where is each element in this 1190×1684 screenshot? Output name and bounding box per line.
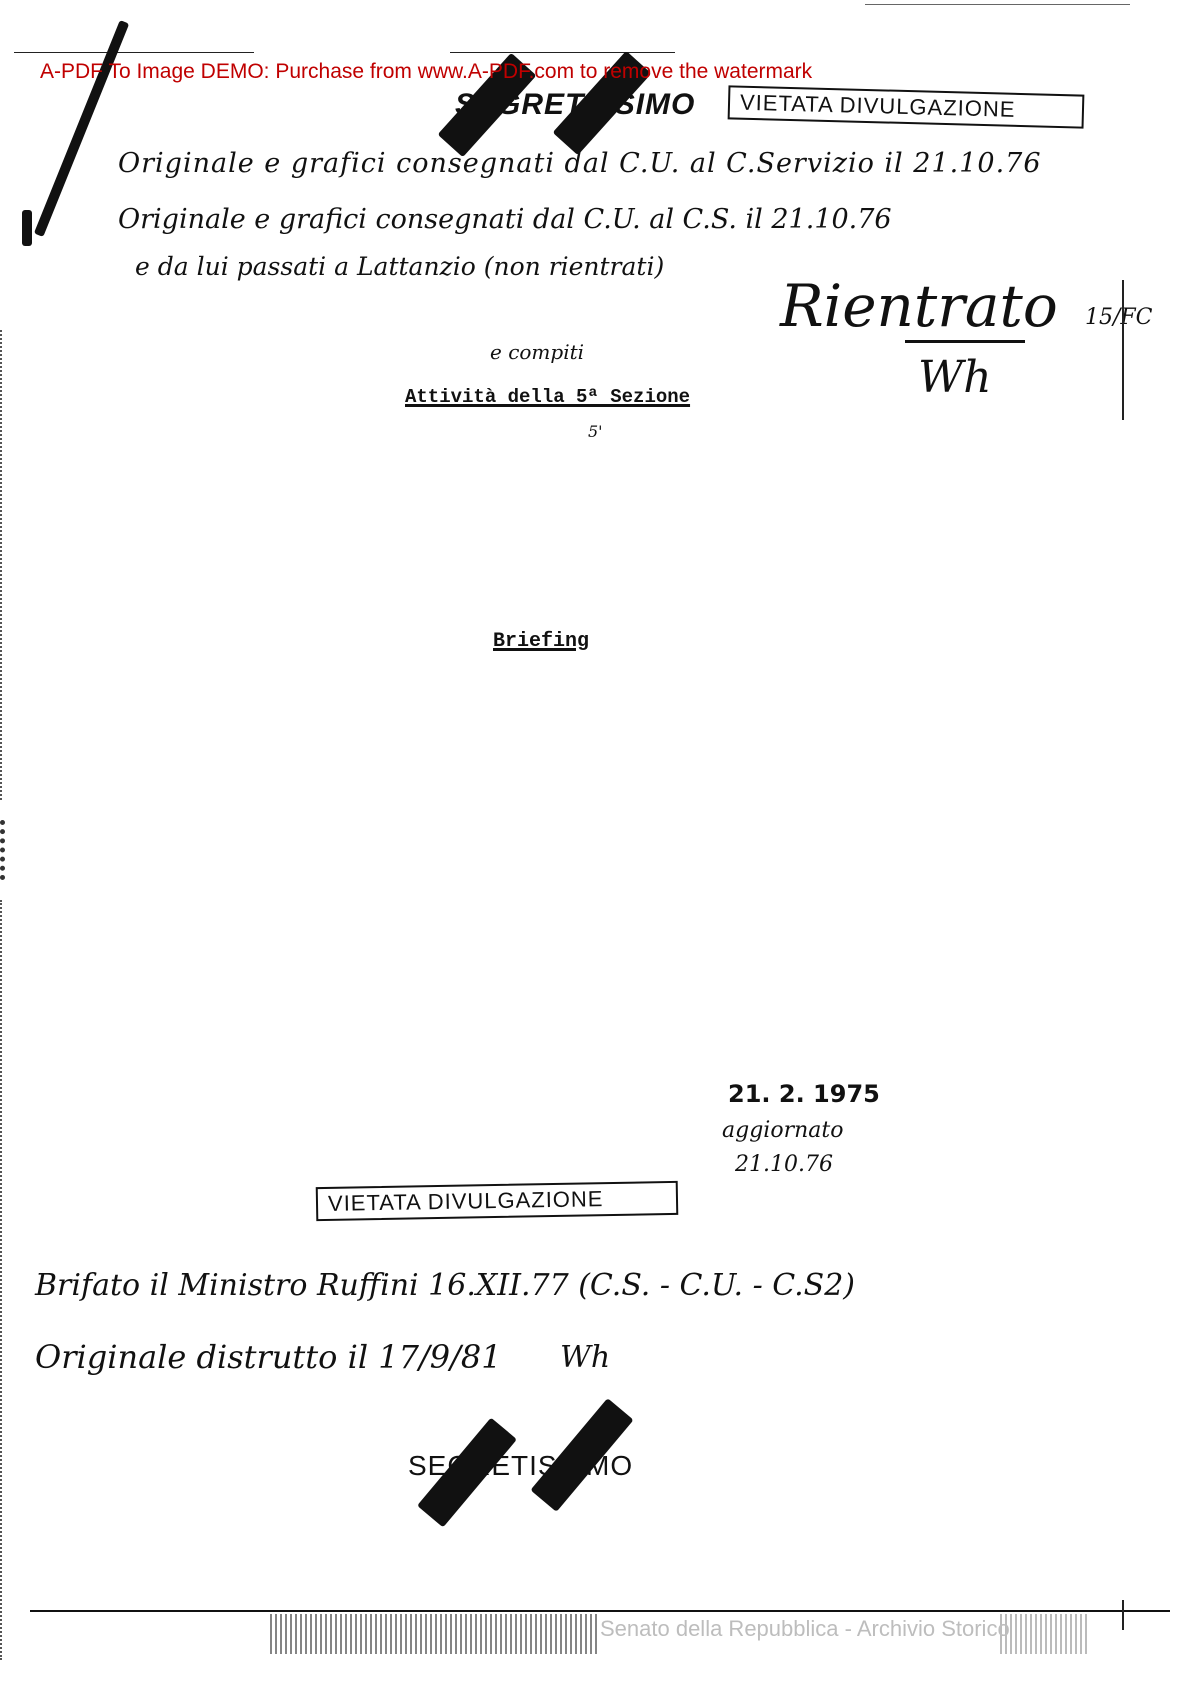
edge-perforation-dense <box>0 820 11 880</box>
margin-note: 15/FC <box>1085 305 1153 330</box>
footer-scan-noise-left <box>270 1614 600 1654</box>
heading-annotation: e compiti <box>490 340 584 364</box>
document-subtitle: Briefing <box>493 630 589 653</box>
scan-rule-top-right <box>865 4 1130 5</box>
restriction-stamp-bottom: VIETATA DIVULGAZIONE <box>316 1181 679 1221</box>
scan-rule-mid <box>450 52 675 53</box>
signature-rientrato: Rientrato <box>780 272 1058 340</box>
section-title: Attività della 5ª Sezione <box>405 386 690 408</box>
margin-vertical-line <box>1122 280 1124 420</box>
scan-rule-left <box>14 52 254 53</box>
handwritten-note-line-2: Originale e grafici consegnati dal C.U. … <box>118 204 892 235</box>
footer-scan-noise-right <box>1000 1614 1090 1654</box>
updated-date: 21.10.76 <box>735 1152 833 1177</box>
footer-scan-line <box>30 1610 1170 1612</box>
edge-perforation-lower <box>0 900 8 1660</box>
restriction-stamp-top: VIETATA DIVULGAZIONE <box>728 85 1085 128</box>
signature-initials-top: Wh <box>918 352 992 403</box>
footer-tick <box>1122 1600 1124 1630</box>
updated-label: aggiornato <box>722 1118 843 1143</box>
signature-underline <box>905 340 1025 343</box>
document-date: 21. 2. 1975 <box>728 1080 880 1108</box>
handwritten-note-line-1: Originale e grafici consegnati dal C.U. … <box>118 148 1042 179</box>
margin-slash-foot <box>22 210 32 246</box>
handwritten-note-line-3: e da lui passati a Lattanzio (non rientr… <box>135 252 664 281</box>
archive-label: Senato della Repubblica - Archivio Stori… <box>600 1616 1010 1642</box>
handwritten-destruction-note: Originale distrutto il 17/9/81 <box>35 1338 502 1376</box>
demo-watermark: A-PDF To Image DEMO: Purchase from www.A… <box>40 60 812 84</box>
heading-mark: 5' <box>588 422 603 441</box>
signature-initials-bottom: Wh <box>560 1340 610 1375</box>
handwritten-briefing-note: Brifato il Ministro Ruffini 16.XII.77 (C… <box>35 1268 855 1303</box>
edge-perforation-upper <box>0 330 8 800</box>
